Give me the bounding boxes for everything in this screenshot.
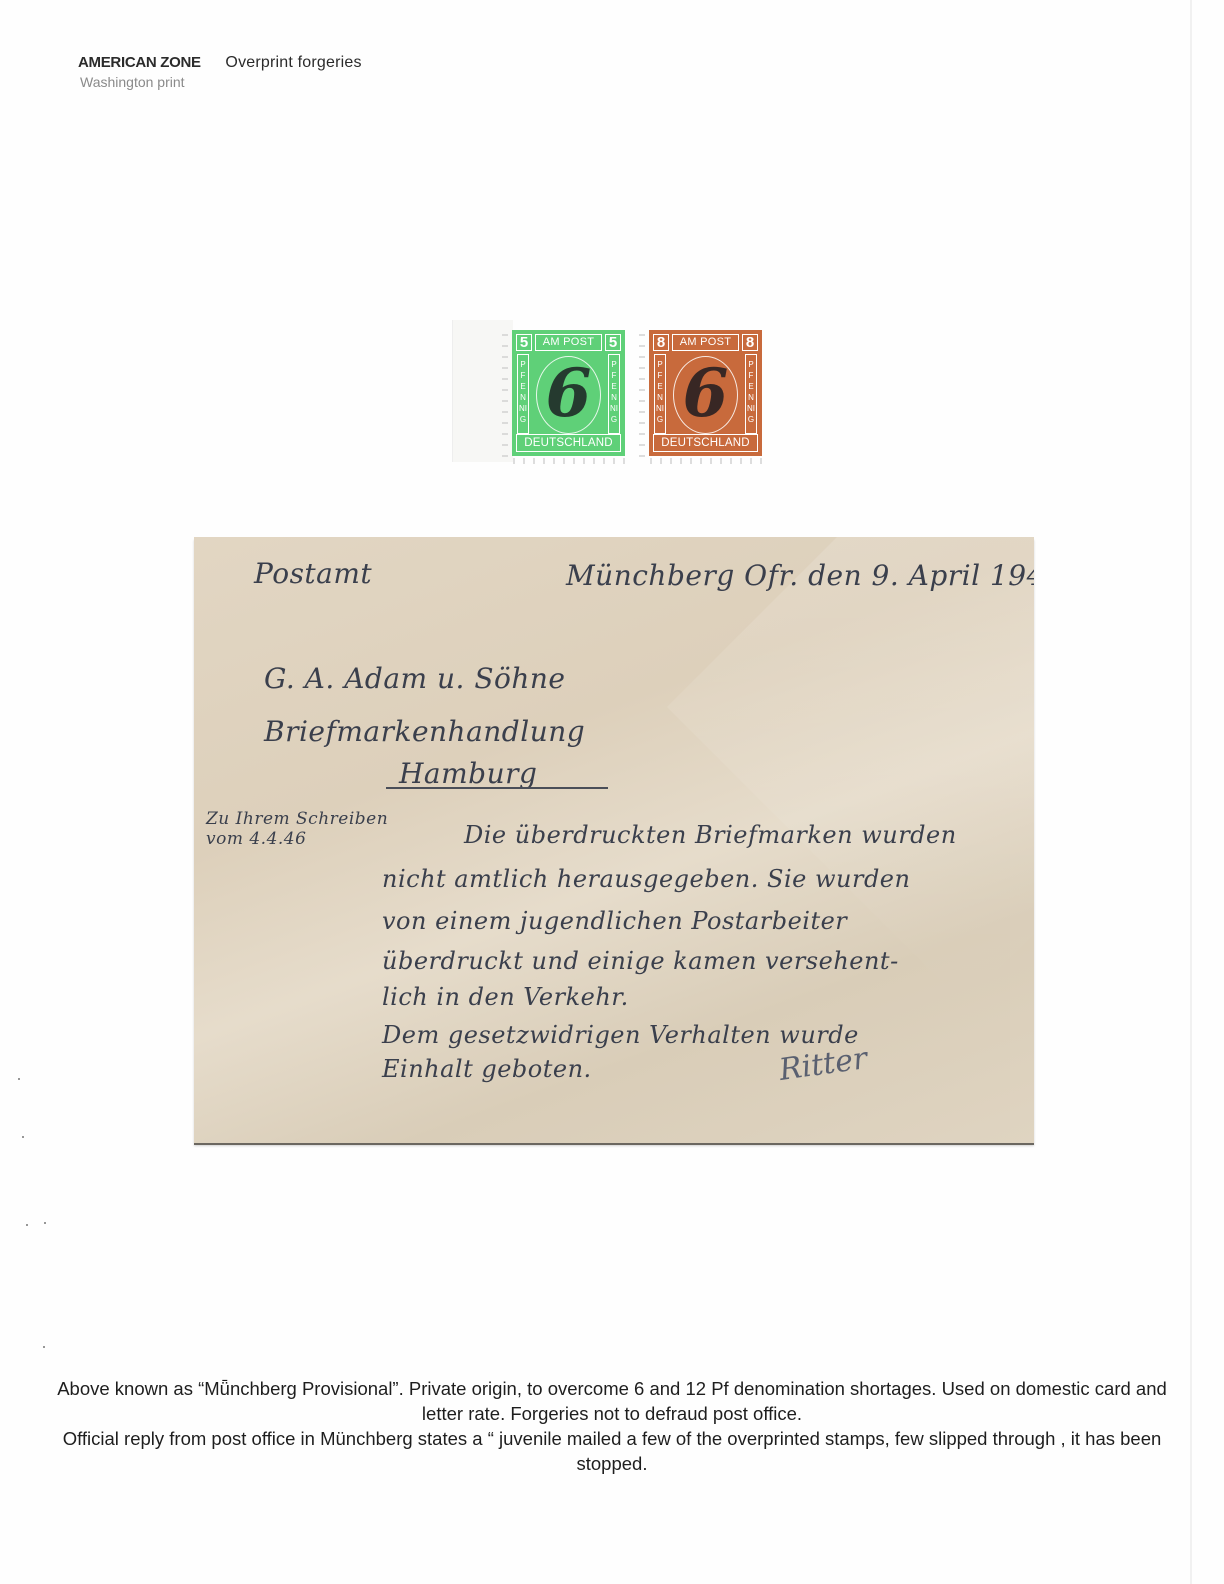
stamp-8pf-orange: 8 AM POST 8 PFENNIG PFENNIG 6 DEUTSCHLAN…: [649, 330, 762, 456]
reference-line-1: Zu Ihrem Schreiben: [206, 809, 388, 829]
am-post-label: AM POST: [535, 334, 602, 351]
scan-speck: [18, 1078, 20, 1080]
postmark-sender: Postamt: [254, 557, 372, 590]
stamp-top-panel: 8 AM POST 8: [653, 333, 758, 351]
deutschland-label: DEUTSCHLAND: [516, 434, 621, 452]
section-subtitle: Overprint forgeries: [225, 54, 361, 72]
addressee-business: Briefmarkenhandlung: [264, 715, 585, 748]
scan-speck: [44, 1222, 46, 1224]
description-paragraph-origin: Above known as “Mǖnchberg Provisional”. …: [40, 1376, 1184, 1426]
letter-body-line-5: lich in den Verkehr.: [382, 983, 629, 1011]
overprint-numeral: 6: [649, 358, 762, 428]
perforation-bottom: [508, 458, 629, 464]
letter-body-line-1: Die überdruckten Briefmarken wurden: [464, 821, 957, 849]
album-page: AMERICAN ZONE Overprint forgeries Washin…: [0, 0, 1224, 1584]
value-left: 5: [516, 334, 532, 351]
addressee-city: Hamburg: [399, 757, 537, 790]
overprint-numeral: 6: [512, 358, 625, 428]
scan-speck: [22, 1136, 24, 1138]
letter-body-line-4: überdruckt und einige kamen versehent-: [382, 947, 899, 975]
page-edge: [1190, 0, 1192, 1584]
value-right: 5: [605, 334, 621, 351]
provisional-description: Above known as “Mǖnchberg Provisional”. …: [40, 1376, 1184, 1476]
letter-body-line-3: von einem jugendlichen Postarbeiter: [382, 907, 847, 935]
deutschland-label: DEUTSCHLAND: [653, 434, 758, 452]
letter-body-line-7: Einhalt geboten.: [382, 1055, 592, 1083]
place-date-line: Münchberg Ofr. den 9. April 1946: [566, 559, 1034, 592]
letter-body-line-2: nicht amtlich herausgegeben. Sie wurden: [382, 865, 910, 893]
letter-body-line-6: Dem gesetzwidrigen Verhalten wurde: [382, 1021, 859, 1049]
value-right: 8: [742, 334, 758, 351]
perforation-left: [502, 328, 508, 458]
description-paragraph-official-reply: Official reply from post office in Münch…: [40, 1426, 1184, 1476]
zone-title: AMERICAN ZONE: [78, 54, 201, 71]
addressee-name: G. A. Adam u. Söhne: [264, 662, 566, 695]
reference-line-2: vom 4.4.46: [206, 829, 306, 849]
city-underline: [386, 787, 608, 789]
perforation-bottom: [645, 458, 766, 464]
am-post-label: AM POST: [672, 334, 739, 351]
print-type-label: Washington print: [80, 74, 362, 90]
stamp-top-panel: 5 AM POST 5: [516, 333, 621, 351]
header-title-line: AMERICAN ZONE Overprint forgeries: [78, 54, 362, 72]
perforation-left: [639, 328, 645, 458]
stamp-5pf-green: 5 AM POST 5 PFENNIG PFENNIG 6 DEUTSCHLAN…: [512, 330, 625, 456]
page-header: AMERICAN ZONE Overprint forgeries Washin…: [78, 54, 362, 90]
scan-speck: [26, 1224, 28, 1226]
value-left: 8: [653, 334, 669, 351]
scan-speck: [43, 1346, 45, 1348]
handwritten-postcard: Postamt Münchberg Ofr. den 9. April 1946…: [194, 537, 1034, 1143]
